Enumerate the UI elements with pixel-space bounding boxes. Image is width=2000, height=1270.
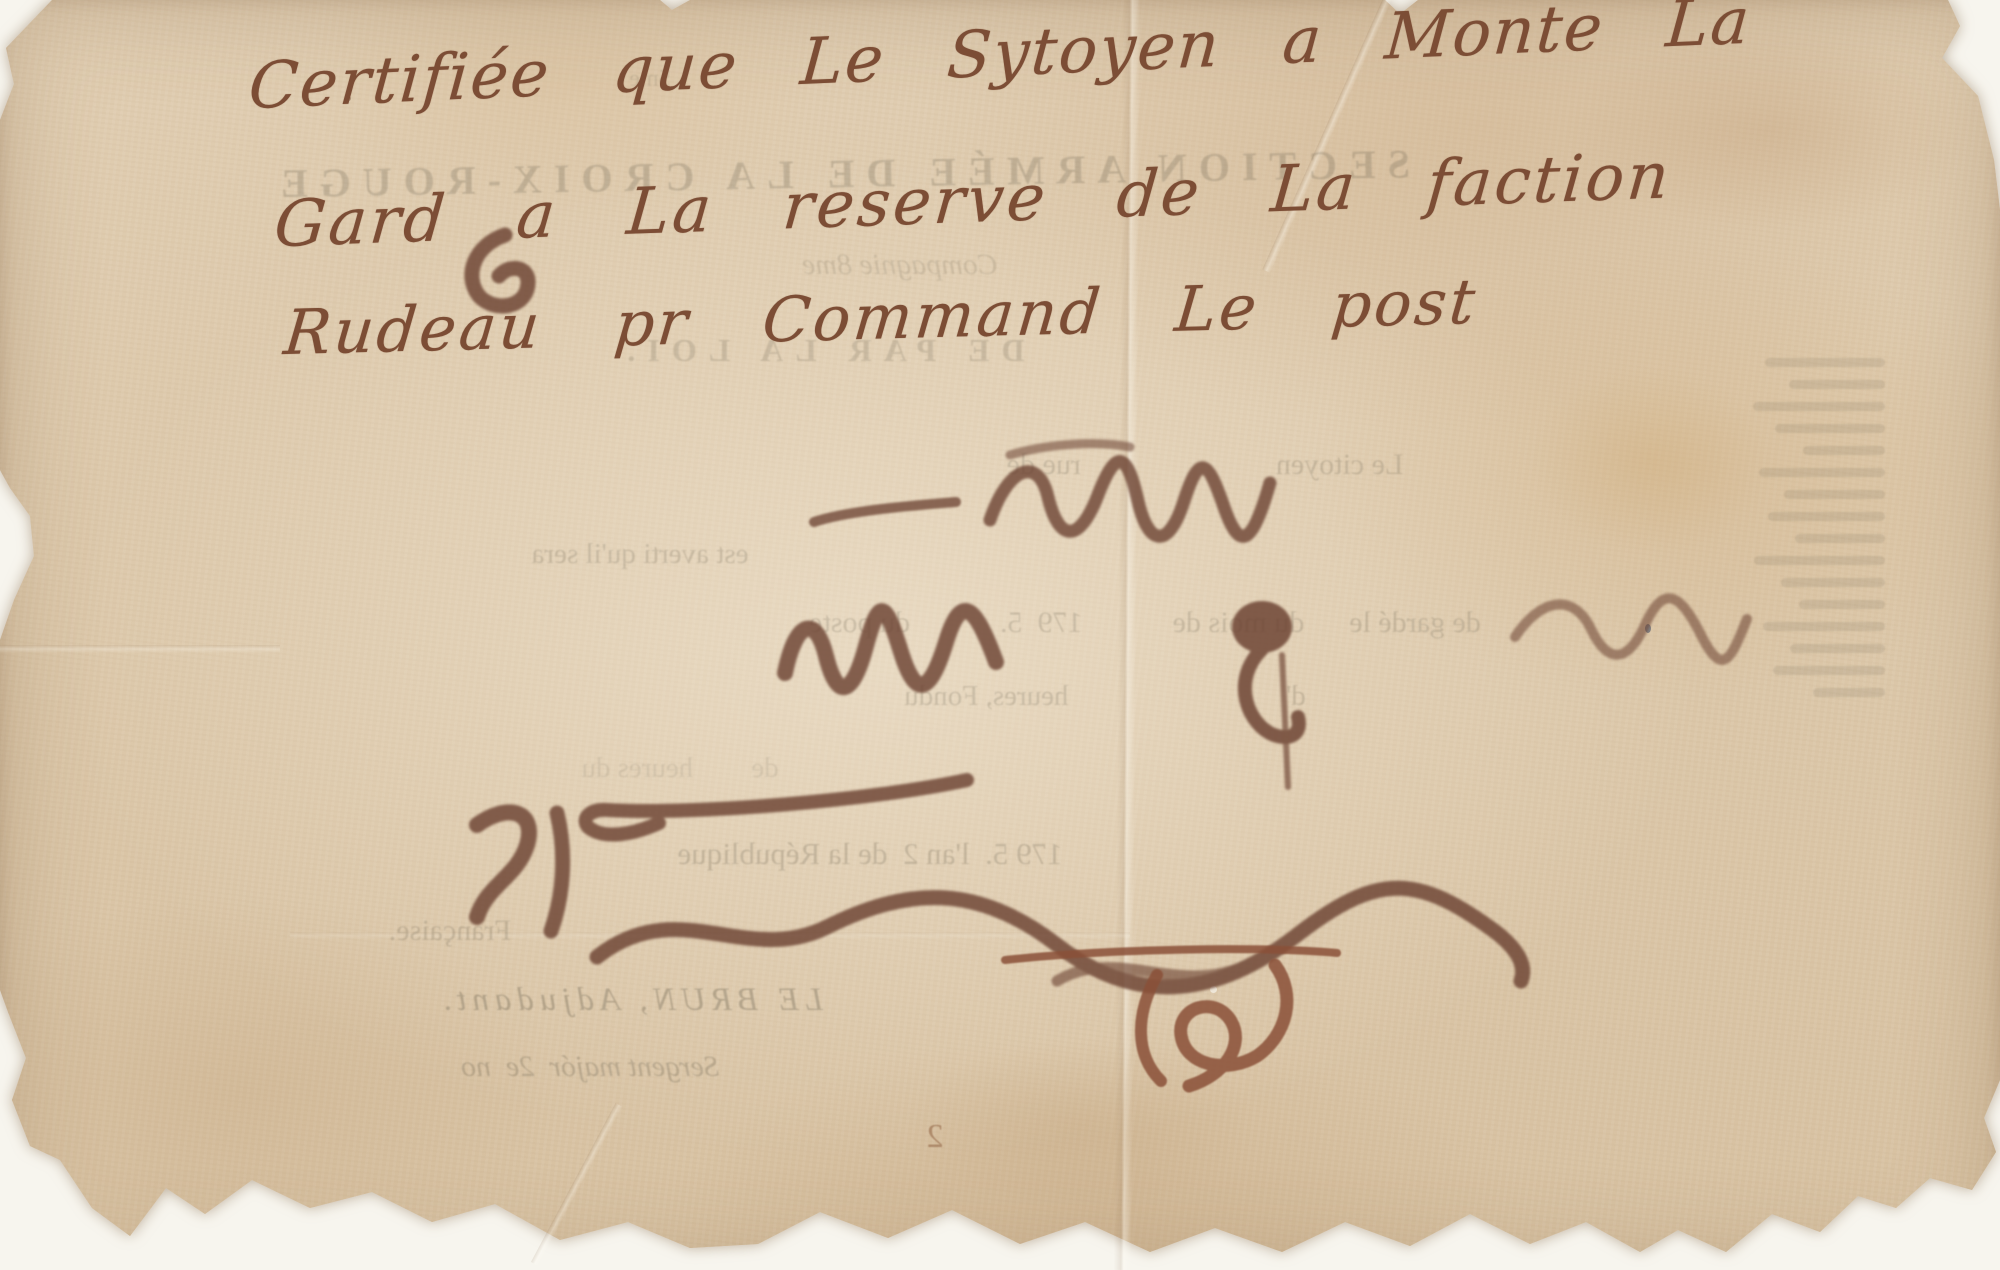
margin-note-line <box>1789 380 1885 389</box>
print-averti-line: est averti qu'il sera <box>450 538 830 571</box>
margin-note-line <box>1803 446 1885 455</box>
margin-note-line <box>1754 556 1885 565</box>
print-small-mark-2: 2 <box>905 1118 965 1156</box>
ink-bleed-scrawl-censigne <box>980 425 1280 575</box>
margin-note-line <box>1775 424 1885 433</box>
ink-bleed-right-fragment <box>1505 555 1755 675</box>
margin-note-line <box>1773 666 1885 675</box>
margin-note-line <box>1781 578 1885 587</box>
margin-note-line <box>1768 512 1885 521</box>
ink-bleed-scrawl-mad <box>770 578 1015 708</box>
margin-note-line <box>1763 622 1885 631</box>
margin-note-line <box>1784 490 1885 499</box>
margin-note-line <box>1795 534 1885 543</box>
margin-note-line <box>1753 402 1885 411</box>
margin-note-line <box>1759 468 1885 477</box>
print-sergent-major: Sergent majór 2e no <box>300 1050 880 1084</box>
signature-flourish <box>975 935 1355 1095</box>
margin-note-line <box>1799 600 1885 609</box>
scanned-document: 5me SECTION ARMÉE DE LA CROIX-ROUGE Comp… <box>0 0 2000 1270</box>
margin-note-line <box>1813 688 1885 697</box>
margin-note-line <box>1765 358 1885 367</box>
margin-note-line <box>1790 644 1885 653</box>
ink-bleed-blob-line2 <box>445 220 545 320</box>
print-heures-line: d' heures, Fondu <box>450 680 1760 713</box>
ink-bleed-dash <box>808 492 963 532</box>
